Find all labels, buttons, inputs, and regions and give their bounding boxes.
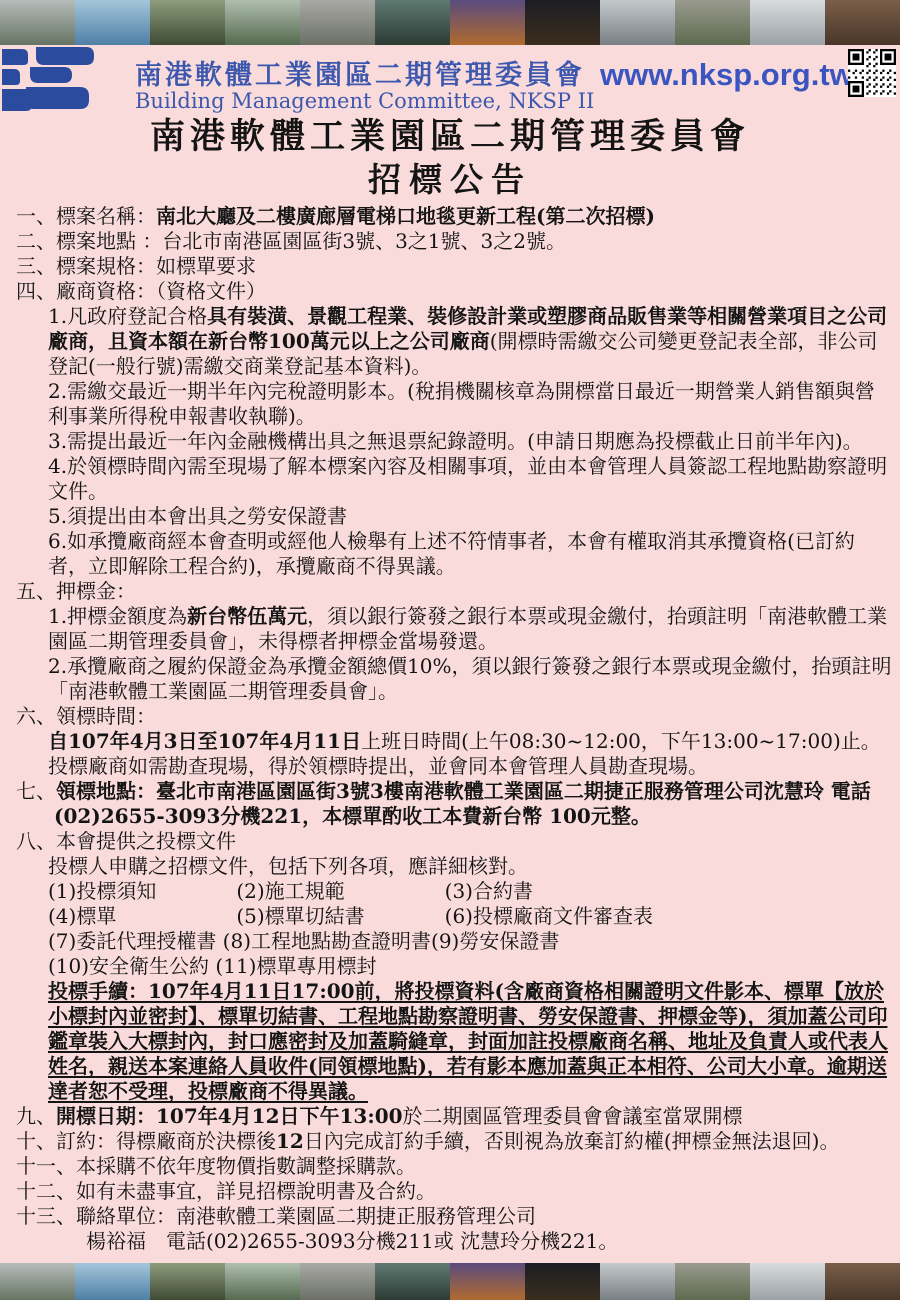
building-photo <box>525 1263 600 1300</box>
doc-text-run: 投標人申購之招標文件，包括下列各項，應詳細核對。 <box>48 854 528 878</box>
doc-text-run: 三、標案規格：如標單要求 <box>16 254 256 278</box>
doc-paragraph: 3.需提出最近一年內金融機構出具之無退票紀錄證明。(申請日期應為投標截止日前半年… <box>8 429 892 454</box>
building-photo <box>225 1263 300 1300</box>
building-photo <box>150 0 225 45</box>
doc-paragraph: 投標手續：107年4月11日17:00前，將投標資料(含廠商資格相關證明文件影本… <box>8 979 892 1104</box>
doc-paragraph: 九、開標日期：107年4月12日下午13:00於二期園區管理委員會會議室當眾開標 <box>8 1104 892 1129</box>
building-photo <box>0 1263 75 1300</box>
doc-text-run: 五、押標金： <box>16 579 136 603</box>
doc-paragraph: 1.押標金額度為新台幣伍萬元，須以銀行簽發之銀行本票或現金繳付，抬頭註明「南港軟… <box>8 604 892 654</box>
doc-paragraph: 一、標案名稱：南北大廳及二樓廣廊層電梯口地毯更新工程(第二次招標) <box>8 204 892 229</box>
doc-text-run: (10)安全衛生公約 (11)標單專用標封 <box>48 954 376 978</box>
doc-paragraph: 4.於領標時間內需至現場了解本標案內容及相關事項，並由本會管理人員簽認工程地點勘… <box>8 454 892 504</box>
doc-paragraph: 楊裕福 電話(02)2655-3093分機211或 沈慧玲分機221。 <box>8 1229 892 1254</box>
doc-text-run: 九、 <box>16 1104 56 1128</box>
top-photo-strip <box>0 0 900 45</box>
building-photo <box>75 1263 150 1300</box>
doc-paragraph: 1.凡政府登記合格具有裝潢、景觀工程業、裝修設計業或塑膠商品販售業等相關營業項目… <box>8 304 892 379</box>
qr-code-icon <box>848 49 896 97</box>
building-photo <box>600 0 675 45</box>
website-url: www.nksp.org.tw <box>600 57 854 93</box>
building-photo <box>300 1263 375 1300</box>
building-photo <box>675 0 750 45</box>
building-photo <box>450 1263 525 1300</box>
doc-text-run: (7)委託代理授權書 (8)工程地點勘查證明書(9)勞安保證書 <box>48 929 559 953</box>
doc-text-run: 4.於領標時間內需至現場了解本標案內容及相關事項，並由本會管理人員簽認工程地點勘… <box>48 454 887 503</box>
doc-paragraph: (4)標單 (5)標單切結書 (6)投標廠商文件審查表 <box>8 904 892 929</box>
building-photo <box>225 0 300 45</box>
org-name-zh: 南港軟體工業園區二期管理委員會 <box>135 53 585 92</box>
doc-paragraph: 七、領標地點：臺北市南港區園區街3號3樓南港軟體工業園區二期捷正服務管理公司沈慧… <box>8 779 892 829</box>
doc-text-run: 5.須提出由本會出具之勞安保證書 <box>48 504 347 528</box>
doc-paragraph: 十二、如有未盡事宜，詳見招標說明書及合約。 <box>8 1179 892 1204</box>
doc-text-run: 七、 <box>16 779 56 803</box>
doc-text-run: 自107年4月3日至107年4月11日 <box>48 729 361 753</box>
doc-text-run: 6.如承攬廠商經本會查明或經他人檢舉有上述不符情事者，本會有權取消其承攬資格(已… <box>48 529 855 578</box>
notice-body: 一、標案名稱：南北大廳及二樓廣廊層電梯口地毯更新工程(第二次招標)二、標案地點 … <box>0 201 900 1254</box>
doc-paragraph: 6.如承攬廠商經本會查明或經他人檢舉有上述不符情事者，本會有權取消其承攬資格(已… <box>8 529 892 579</box>
doc-paragraph: 自107年4月3日至107年4月11日上班日時間(上午08:30~12:00，下… <box>8 729 892 779</box>
doc-text-run: 六、領標時間： <box>16 704 156 728</box>
doc-paragraph: 八、本會提供之投標文件 <box>8 829 892 854</box>
doc-paragraph: 5.須提出由本會出具之勞安保證書 <box>8 504 892 529</box>
building-photo <box>375 1263 450 1300</box>
notice-title-org: 南港軟體工業園區二期管理委員會 <box>0 115 900 159</box>
doc-text-run: (4)標單 (5)標單切結書 (6)投標廠商文件審查表 <box>48 904 653 928</box>
org-name-en: Building Management Committee, NKSP II <box>135 89 594 113</box>
doc-paragraph: 六、領標時間： <box>8 704 892 729</box>
doc-paragraph: 二、標案地點 ：台北市南港區園區街3號、3之1號、3之2號。 <box>8 229 892 254</box>
nksp-logo-icon <box>2 47 122 113</box>
doc-text-run: 1.押標金額度為 <box>48 604 187 628</box>
doc-text-run: 2.承攬廠商之履約保證金為承攬金額總價10%，須以銀行簽發之銀行本票或現金繳付，… <box>48 654 892 703</box>
building-photo <box>675 1263 750 1300</box>
building-photo <box>300 0 375 45</box>
building-photo <box>750 1263 825 1300</box>
building-photo <box>450 0 525 45</box>
building-photo <box>525 0 600 45</box>
tender-notice-page: 南港軟體工業園區二期管理委員會 Building Management Comm… <box>0 0 900 1300</box>
doc-text-run: 投標手續：107年4月11日17:00前，將投標資料(含廠商資格相關證明文件影本… <box>48 979 888 1103</box>
doc-text-run: 四、廠商資格：（資格文件） <box>16 279 266 303</box>
doc-paragraph: 三、標案規格：如標單要求 <box>8 254 892 279</box>
doc-text-run: 八、本會提供之投標文件 <box>16 829 236 853</box>
doc-text-run: 2.需繳交最近一期半年內完稅證明影本。(稅捐機關核章為開標當日最近一期營業人銷售… <box>48 379 875 428</box>
doc-paragraph: 十、訂約：得標廠商於決標後12日內完成訂約手續，否則視為放棄訂約權(押標金無法退… <box>8 1129 892 1154</box>
notice-title-main: 招標公告 <box>0 159 900 201</box>
doc-paragraph: 2.承攬廠商之履約保證金為承攬金額總價10%，須以銀行簽發之銀行本票或現金繳付，… <box>8 654 892 704</box>
doc-text-run: 十三、聯絡單位：南港軟體工業園區二期捷正服務管理公司 <box>16 1204 536 1228</box>
header: 南港軟體工業園區二期管理委員會 Building Management Comm… <box>0 45 900 113</box>
doc-paragraph: 十三、聯絡單位：南港軟體工業園區二期捷正服務管理公司 <box>8 1204 892 1229</box>
doc-text-run: 十、訂約：得標廠商於決標後 <box>16 1129 276 1153</box>
doc-text-run: 二、標案地點 ：台北市南港區園區街3號、3之1號、3之2號。 <box>16 229 566 253</box>
doc-paragraph: 五、押標金： <box>8 579 892 604</box>
doc-paragraph: 投標人申購之招標文件，包括下列各項，應詳細核對。 <box>8 854 892 879</box>
doc-text-run: 開標日期：107年4月12日下午13:00 <box>56 1104 403 1128</box>
doc-paragraph: (10)安全衛生公約 (11)標單專用標封 <box>8 954 892 979</box>
doc-text-run: 一、標案名稱： <box>16 204 156 228</box>
building-photo <box>0 0 75 45</box>
building-photo <box>375 0 450 45</box>
doc-text-run: 領標地點：臺北市南港區園區街3號3樓南港軟體工業園區二期捷正服務管理公司沈慧玲 … <box>54 779 871 828</box>
doc-text-run: 3.需提出最近一年內金融機構出具之無退票紀錄證明。(申請日期應為投標截止日前半年… <box>48 429 863 453</box>
doc-text-run: 日內完成訂約手續，否則視為放棄訂約權(押標金無法退回)。 <box>304 1129 840 1153</box>
building-photo <box>150 1263 225 1300</box>
doc-text-run: 12 <box>276 1129 304 1153</box>
building-photo <box>825 0 900 45</box>
doc-paragraph: (7)委託代理授權書 (8)工程地點勘查證明書(9)勞安保證書 <box>8 929 892 954</box>
doc-paragraph: 2.需繳交最近一期半年內完稅證明影本。(稅捐機關核章為開標當日最近一期營業人銷售… <box>8 379 892 429</box>
doc-paragraph: 十一、本採購不依年度物價指數調整採購款。 <box>8 1154 892 1179</box>
building-photo <box>75 0 150 45</box>
doc-paragraph: (1)投標須知 (2)施工規範 (3)合約書 <box>8 879 892 904</box>
bottom-photo-strip <box>0 1263 900 1300</box>
doc-text-run: 十一、本採購不依年度物價指數調整採購款。 <box>16 1154 416 1178</box>
doc-text-run: 十二、如有未盡事宜，詳見招標說明書及合約。 <box>16 1179 436 1203</box>
doc-text-run: (1)投標須知 (2)施工規範 (3)合約書 <box>48 879 533 903</box>
doc-text-run: 新台幣伍萬元 <box>187 604 307 628</box>
doc-paragraph: 四、廠商資格：（資格文件） <box>8 279 892 304</box>
doc-text-run: 1.凡政府登記合格 <box>48 304 207 328</box>
doc-text-run: 於二期園區管理委員會會議室當眾開標 <box>403 1104 743 1128</box>
doc-text-run: 南北大廳及二樓廣廊層電梯口地毯更新工程(第二次招標) <box>156 204 655 228</box>
building-photo <box>825 1263 900 1300</box>
doc-text-run: 楊裕福 電話(02)2655-3093分機211或 沈慧玲分機221。 <box>86 1229 618 1253</box>
building-photo <box>750 0 825 45</box>
building-photo <box>600 1263 675 1300</box>
